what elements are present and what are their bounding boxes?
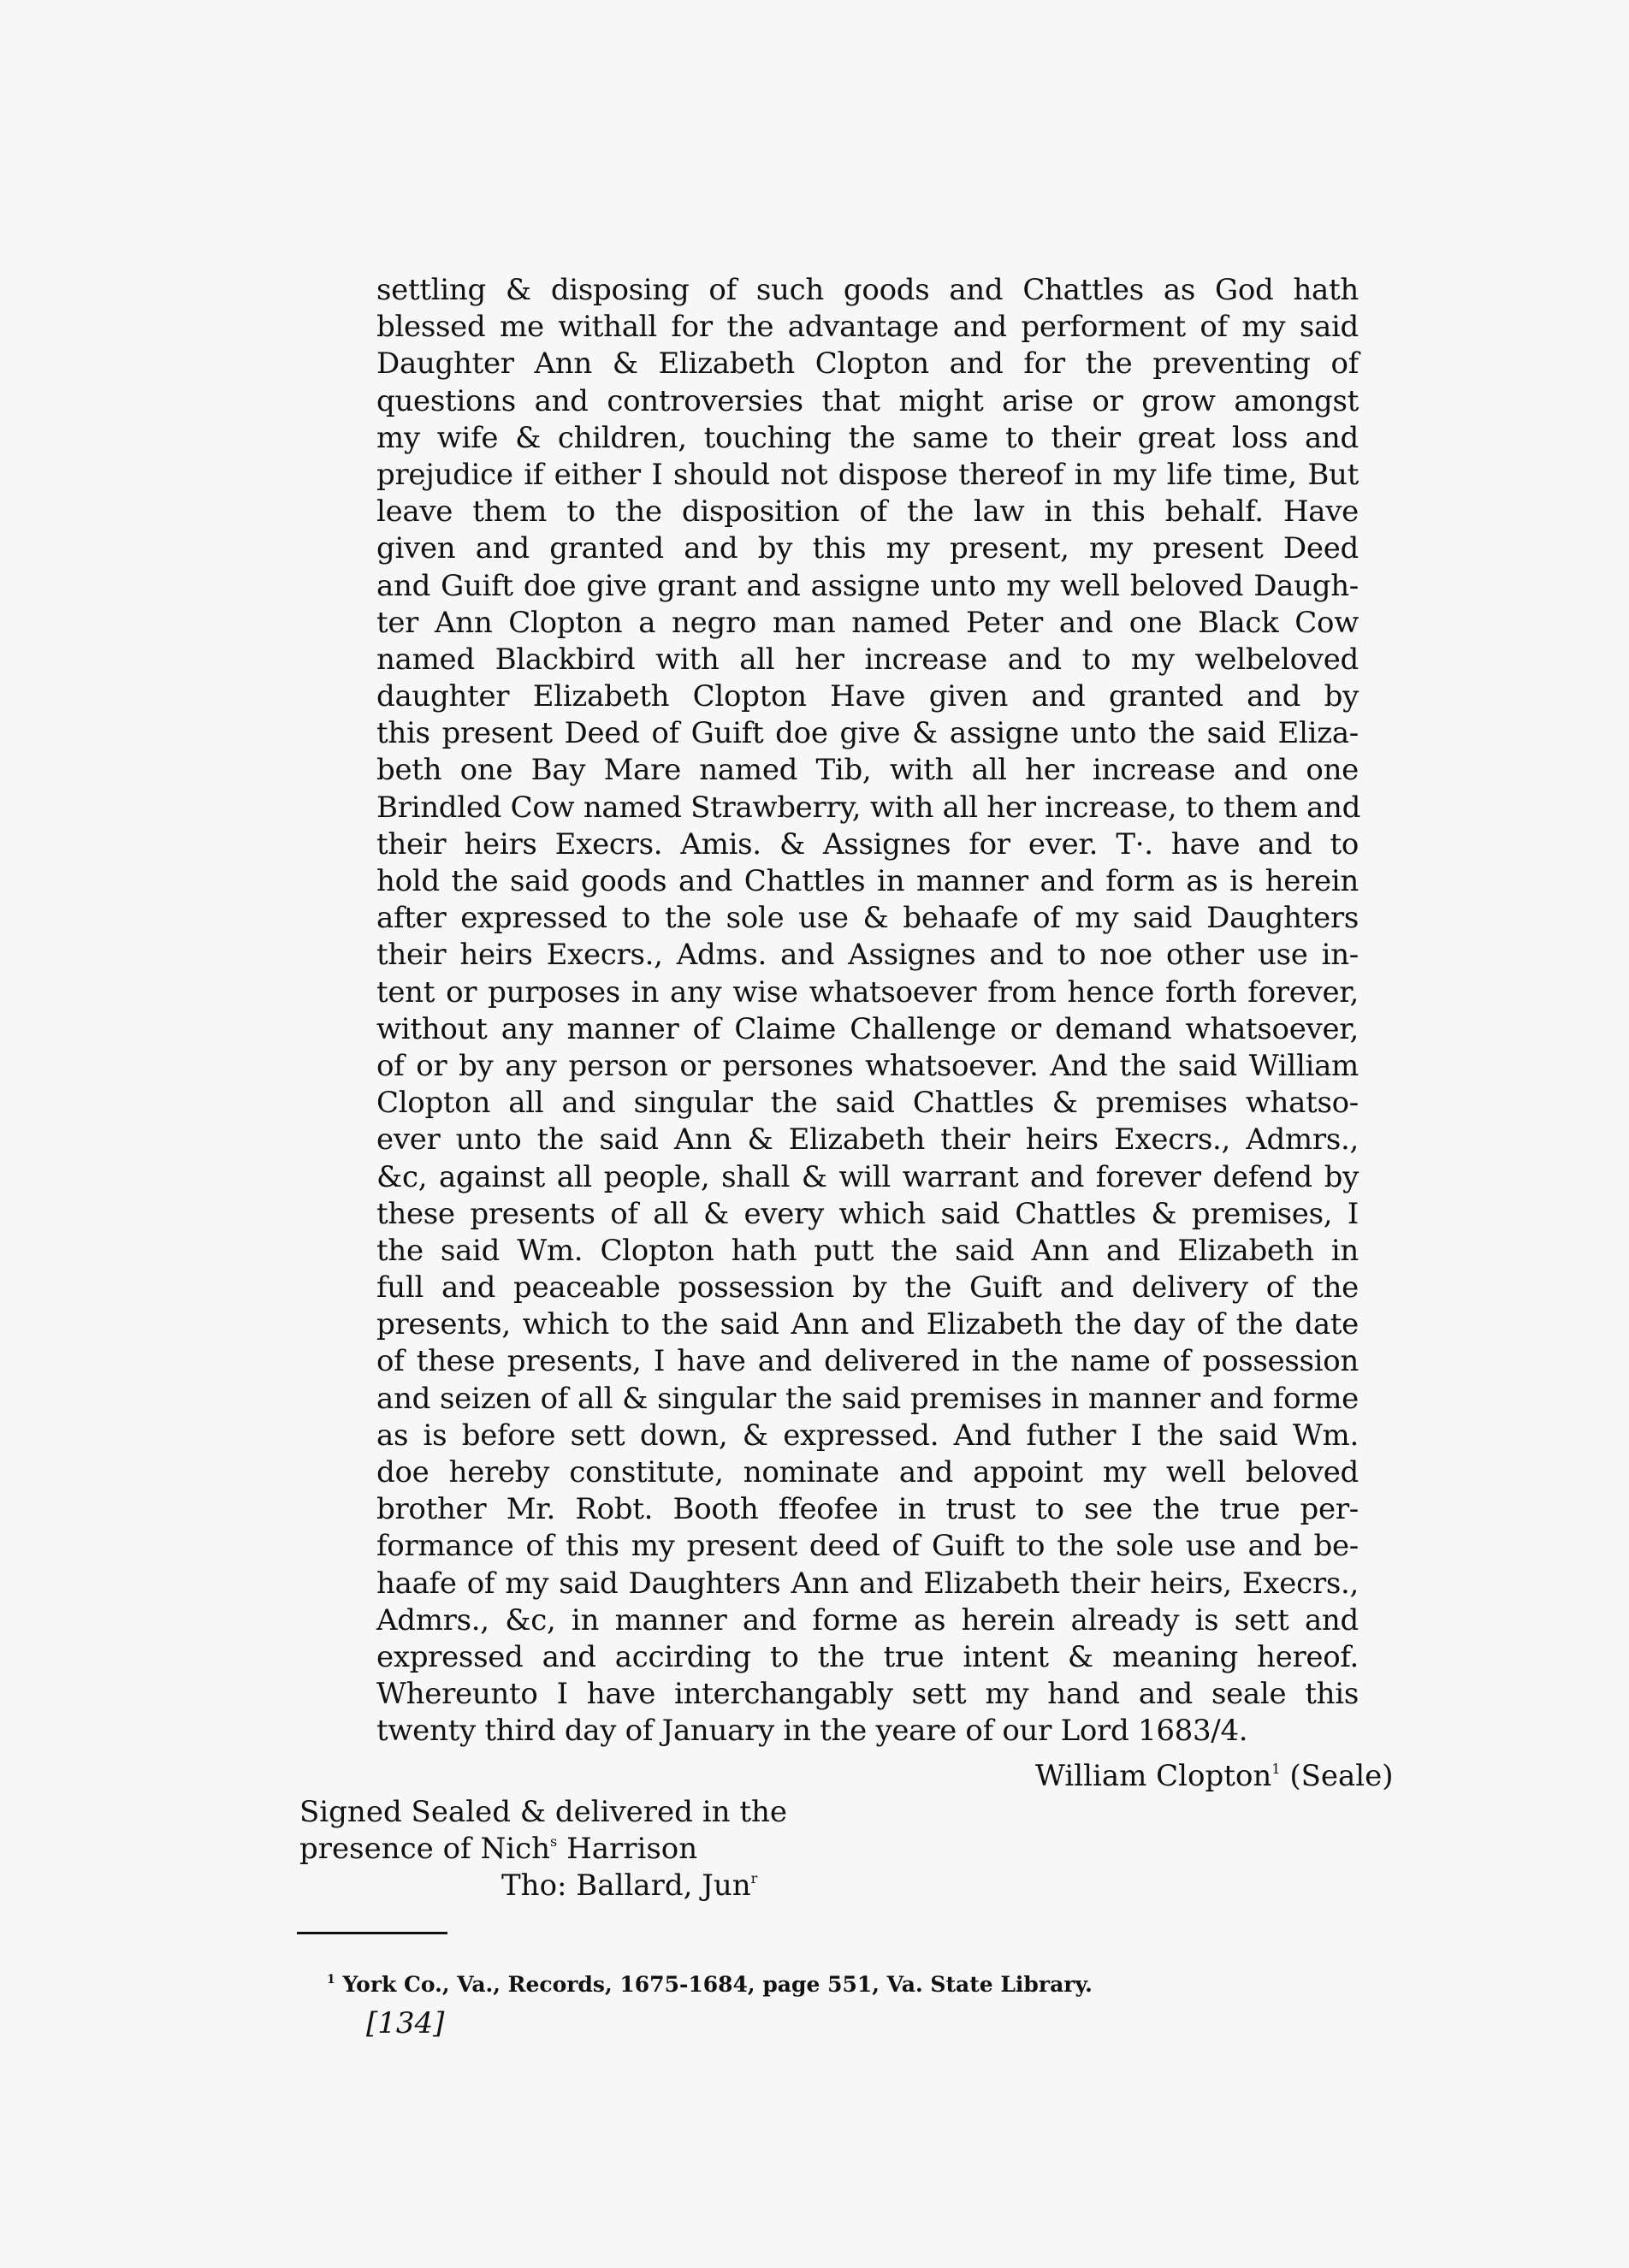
body-line: Brindled Cow named Strawberry, with all … <box>376 790 1359 826</box>
deed-body-text: settling & disposing of such goods and C… <box>376 272 1359 1750</box>
footnote-text: York Co., Va., Records, 1675-1684, page … <box>342 1972 1092 1997</box>
body-line: these presents of all & every which said… <box>376 1196 1359 1233</box>
body-line: their heirs Execrs. Amis. & Assignes for… <box>376 826 1359 863</box>
body-line: full and peaceable possession by the Gui… <box>376 1270 1359 1306</box>
body-line: without any manner of Claime Challenge o… <box>376 1011 1359 1048</box>
body-line: given and granted and by this my present… <box>376 530 1359 567</box>
body-line: after expressed to the sole use & behaaf… <box>376 900 1359 937</box>
body-line: daughter Elizabeth Clopton Have given an… <box>376 678 1359 715</box>
body-line: Daughter Ann & Elizabeth Clopton and for… <box>376 346 1359 382</box>
body-line: as is before sett down, & expressed. And… <box>376 1418 1359 1454</box>
footnote-divider <box>297 1932 447 1934</box>
body-line: beth one Bay Mare named Tib, with all he… <box>376 752 1359 789</box>
body-line: blessed me withall for the advantage and… <box>376 309 1359 346</box>
footnote: 1 York Co., Va., Records, 1675-1684, pag… <box>327 1972 1093 1997</box>
body-line: Whereunto I have interchangably sett my … <box>376 1676 1359 1713</box>
body-line: haafe of my said Daughters Ann and Eliza… <box>376 1566 1359 1602</box>
body-line: ter Ann Clopton a negro man named Peter … <box>376 605 1359 642</box>
body-line: &c, against all people, shall & will war… <box>376 1159 1359 1196</box>
body-line: prejudice if either I should not dispose… <box>376 457 1359 494</box>
footnote-mark: 1 <box>327 1973 335 1987</box>
body-line: and seizen of all & singular the said pr… <box>376 1381 1359 1418</box>
body-line: leave them to the disposition of the law… <box>376 494 1359 530</box>
witness-intro: Signed Sealed & delivered in the <box>299 1794 787 1831</box>
body-line: ever unto the said Ann & Elizabeth their… <box>376 1122 1359 1158</box>
body-line: tent or purposes in any wise whatsoever … <box>376 974 1359 1011</box>
witness-2: Tho: Ballard, Junr <box>501 1868 757 1903</box>
signature-line: William Clopton1 (Seale) <box>1035 1758 1394 1795</box>
seal-label: (Seale) <box>1289 1759 1393 1793</box>
body-line: named Blackbird with all her increase an… <box>376 642 1359 678</box>
body-line: hold the said goods and Chattles in mann… <box>376 863 1359 900</box>
witness-row-1: presence of Nichs Harrison <box>299 1831 787 1868</box>
body-line: presents, which to the said Ann and Eliz… <box>376 1306 1359 1343</box>
body-line: this present Deed of Guift doe give & as… <box>376 715 1359 752</box>
body-line: Admrs., &c, in manner and forme as herei… <box>376 1602 1359 1639</box>
body-line: doe hereby constitute, nominate and appo… <box>376 1454 1359 1491</box>
witness-1: Nichs Harrison <box>480 1832 697 1866</box>
body-line: of these presents, I have and delivered … <box>376 1343 1359 1380</box>
page-number: [134] <box>366 2006 444 2040</box>
body-line: the said Wm. Clopton hath putt the said … <box>376 1233 1359 1270</box>
body-line: their heirs Execrs., Adms. and Assignes … <box>376 937 1359 974</box>
body-line: Clopton all and singular the said Chattl… <box>376 1085 1359 1122</box>
witness-row-2: Tho: Ballard, Junr <box>299 1868 787 1904</box>
body-line: my wife & children, touching the same to… <box>376 420 1359 457</box>
body-line: brother Mr. Robt. Booth ffeofee in trust… <box>376 1491 1359 1528</box>
document-page: settling & disposing of such goods and C… <box>0 0 1629 2268</box>
body-line: expressed and accirding to the true inte… <box>376 1639 1359 1676</box>
body-line: of or by any person or persones whatsoev… <box>376 1048 1359 1085</box>
body-line: settling & disposing of such goods and C… <box>376 272 1359 309</box>
witness-prefix: presence of <box>299 1832 471 1866</box>
body-line: and Guift doe give grant and assigne unt… <box>376 568 1359 605</box>
footnote-reference: 1 <box>1271 1761 1280 1777</box>
signatory-name: William Clopton <box>1035 1759 1271 1793</box>
body-line: twenty third day of January in the yeare… <box>376 1713 1359 1750</box>
witness-block: Signed Sealed & delivered in the presenc… <box>299 1794 787 1904</box>
body-line: questions and controversies that might a… <box>376 383 1359 420</box>
body-line: formance of this my present deed of Guif… <box>376 1528 1359 1565</box>
